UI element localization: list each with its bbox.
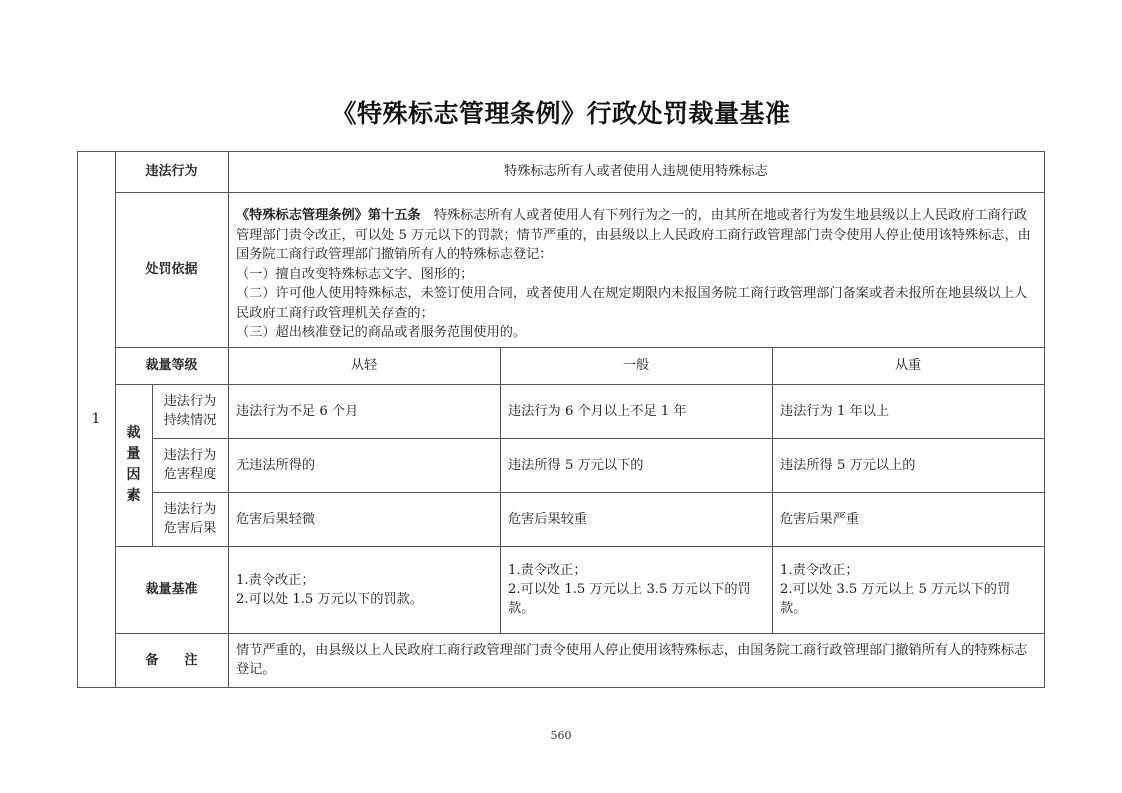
table-border-bottom — [77, 687, 1045, 688]
standard-lenient: 1.责令改正；2.可以处 1.5 万元以下的罚款。 — [228, 546, 500, 633]
remarks-label: 备 注 — [115, 633, 228, 687]
basis-line: （一）擅自改变特殊标志文字、图形的； — [236, 267, 473, 282]
article-title: 《特殊标志管理条例》第十五条 — [236, 208, 421, 223]
penalty-basis-label: 处罚依据 — [115, 192, 228, 347]
levels-label: 裁量等级 — [115, 347, 228, 384]
penalty-basis-text: 《特殊标志管理条例》第十五条 特殊标志所有人或者使用人有下列行为之一的，由其所在… — [228, 202, 1044, 347]
standards-label: 裁量基准 — [115, 546, 228, 633]
factor-name-harm-degree: 违法行为危害程度 — [152, 438, 228, 492]
factor-name-harm-consequence: 违法行为危害后果 — [152, 492, 228, 546]
illegal-act-label: 违法行为 — [115, 151, 228, 192]
factor-value: 危害后果较重 — [500, 492, 772, 546]
factor-value: 违法行为不足 6 个月 — [228, 384, 500, 438]
factor-value: 违法所得 5 万元以上的 — [772, 438, 1044, 492]
factors-label: 裁 量 因 素 — [115, 384, 152, 546]
page-title: 《特殊标志管理条例》行政处罚裁量基准 — [0, 94, 1122, 130]
standard-general: 1.责令改正；2.可以处 1.5 万元以上 3.5 万元以下的罚款。 — [500, 546, 772, 633]
level-severe: 从重 — [772, 347, 1044, 384]
basis-line: （三）超出核准登记的商品或者服务范围使用的。 — [236, 325, 526, 340]
factor-value: 违法行为 6 个月以上不足 1 年 — [500, 384, 772, 438]
factor-name-duration: 违法行为持续情况 — [152, 384, 228, 438]
factor-value: 危害后果轻微 — [228, 492, 500, 546]
illegal-act-value: 特殊标志所有人或者使用人违规使用特殊标志 — [228, 151, 1044, 192]
standard-severe: 1.责令改正；2.可以处 3.5 万元以上 5 万元以下的罚款。 — [772, 546, 1044, 633]
level-general: 一般 — [500, 347, 772, 384]
factor-value: 违法行为 1 年以上 — [772, 384, 1044, 438]
factor-value: 违法所得 5 万元以下的 — [500, 438, 772, 492]
penalty-discretion-table: 1 违法行为 特殊标志所有人或者使用人违规使用特殊标志 处罚依据 《特殊标志管理… — [77, 151, 1045, 687]
table-border-right — [1044, 151, 1045, 688]
level-lenient: 从轻 — [228, 347, 500, 384]
factor-value: 危害后果严重 — [772, 492, 1044, 546]
row-index: 1 — [77, 151, 115, 687]
basis-line: （二）许可他人使用特殊标志，未签订使用合同，或者使用人在规定期限内未报国务院工商… — [236, 286, 1027, 321]
row-divider — [115, 192, 1045, 193]
page-number: 560 — [0, 729, 1122, 742]
factor-value: 无违法所得的 — [228, 438, 500, 492]
remarks-value: 情节严重的，由县级以上人民政府工商行政管理部门责令使用人停止使用该特殊标志，由国… — [228, 633, 1044, 687]
